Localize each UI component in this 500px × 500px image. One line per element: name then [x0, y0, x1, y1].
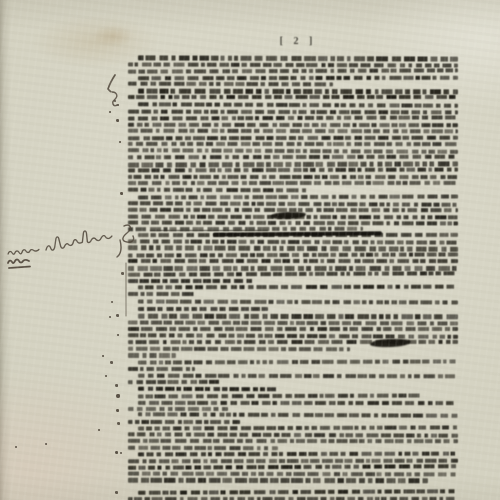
handwriting-slash-mark	[108, 75, 115, 92]
handwriting-curl-mark	[112, 92, 117, 106]
marginal-note-word-1	[8, 249, 39, 255]
marginal-note-word-2	[8, 260, 30, 269]
marginal-note-date	[44, 228, 112, 251]
handwritten-marginalia	[0, 0, 500, 500]
document-photograph: [ 2 ]	[0, 0, 500, 500]
handwriting-fraction-mark	[117, 225, 134, 257]
